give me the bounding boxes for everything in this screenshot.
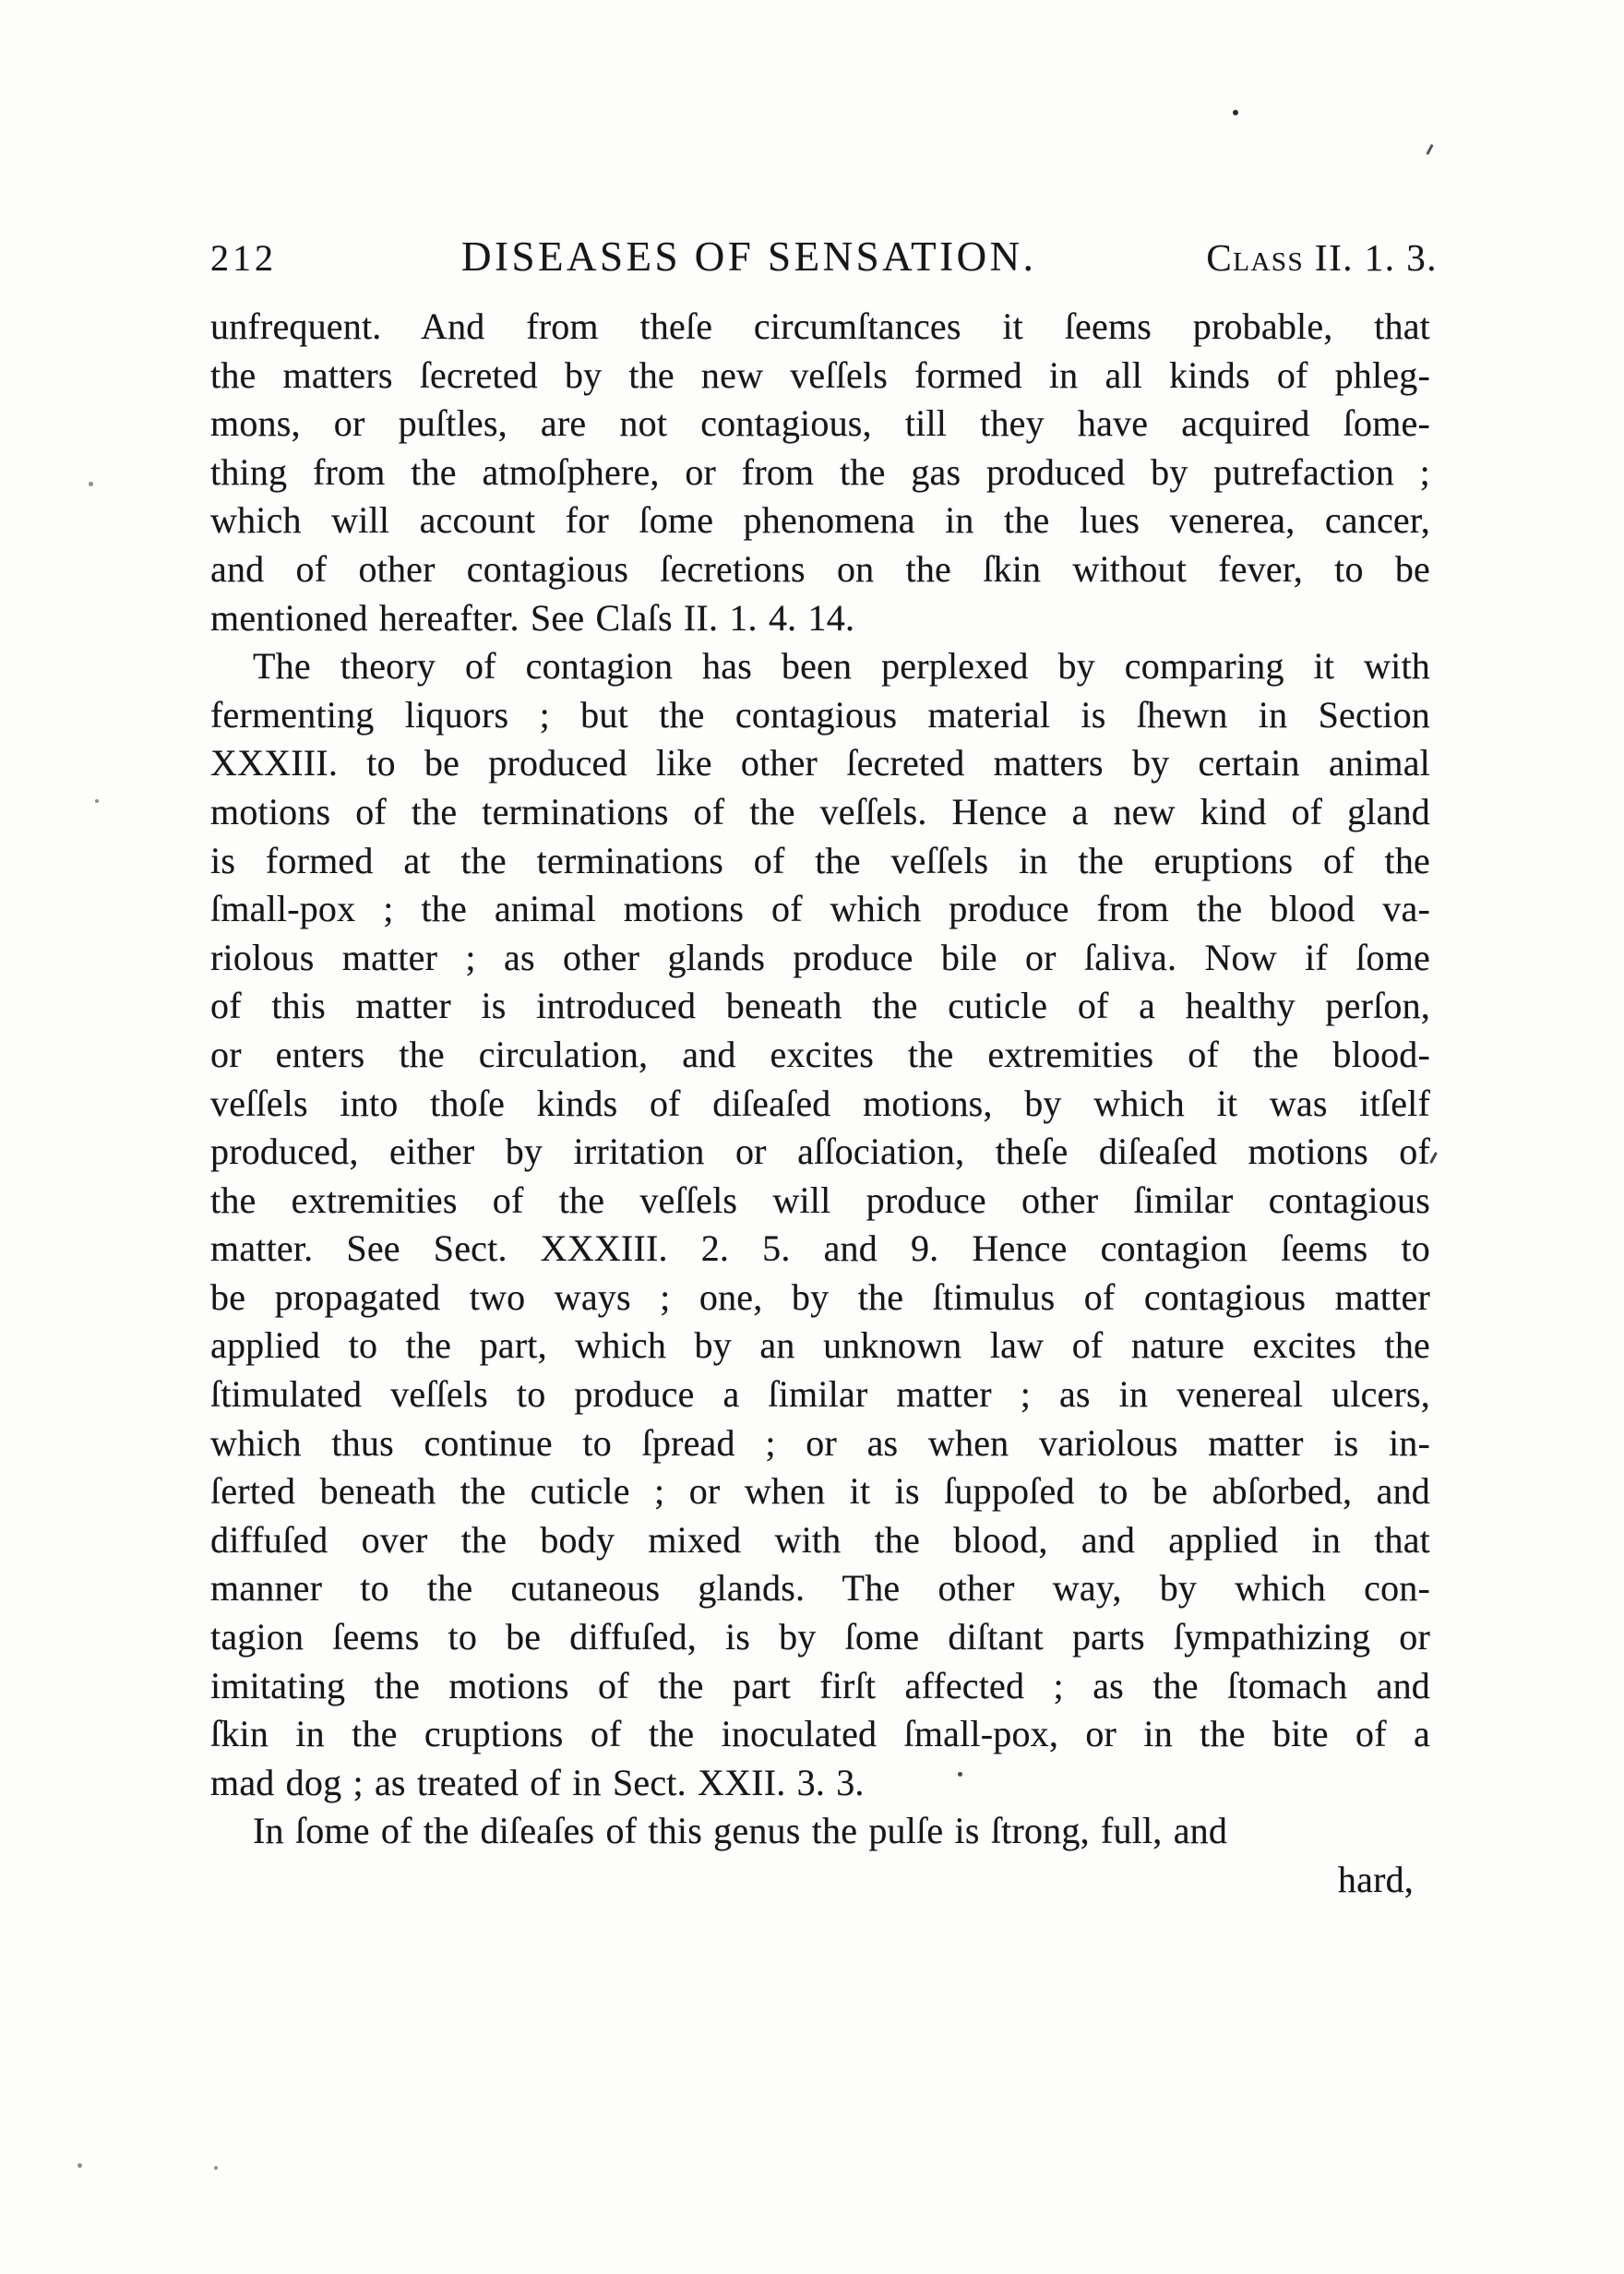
text-line: unfrequent. And from theſe circumſtances… xyxy=(210,303,1430,352)
text-line: ſmall-pox ; the animal motions of which … xyxy=(210,885,1430,934)
text-line: which thus continue to ſpread ; or as wh… xyxy=(210,1419,1430,1468)
book-page: 212 DISEASES OF SENSATION. Class II. 1. … xyxy=(0,0,1624,2274)
text-line: the matters ſecreted by the new veſſels … xyxy=(210,352,1430,401)
page-header: 212 DISEASES OF SENSATION. Class II. 1. … xyxy=(210,233,1438,281)
text-line: thing from the atmoſphere, or from the g… xyxy=(210,449,1430,497)
text-line: applied to the part, which by an unknown… xyxy=(210,1322,1430,1370)
ink-speck xyxy=(1233,110,1238,115)
text-line: ſkin in the cruptions of the inoculated … xyxy=(210,1710,1430,1759)
text-line: imitating the motions of the part firſt … xyxy=(210,1662,1430,1711)
text-line: of this matter is introduced beneath the… xyxy=(210,982,1430,1031)
text-line: XXXIII. to be produced like other ſecret… xyxy=(210,739,1430,788)
text-line: tagion ſeems to be diffuſed, is by ſome … xyxy=(210,1613,1430,1662)
text-line: mons, or puſtles, are not contagious, ti… xyxy=(210,400,1430,449)
text-line: and of other contagious ſecretions on th… xyxy=(210,545,1430,594)
text-line: the extremities of the veſſels will prod… xyxy=(210,1177,1430,1226)
text-line: veſſels into thoſe kinds of diſeaſed mot… xyxy=(210,1080,1430,1129)
text-line: be propagated two ways ; one, by the ſti… xyxy=(210,1274,1430,1323)
ink-speck xyxy=(78,2163,82,2168)
body-text: unfrequent. And from theſe circumſtances… xyxy=(210,303,1430,1905)
text-line: which will account for ſome phenomena in… xyxy=(210,497,1430,545)
text-line: matter. See Sect. XXXIII. 2. 5. and 9. H… xyxy=(210,1225,1430,1274)
text-line: motions of the terminations of the veſſe… xyxy=(210,788,1430,837)
text-line: fermenting liquors ; but the contagious … xyxy=(210,691,1430,740)
ink-speck xyxy=(1429,1152,1438,1164)
text-line: is formed at the terminations of the veſ… xyxy=(210,837,1430,886)
ink-speck xyxy=(1426,144,1433,155)
text-line: riolous matter ; as other glands produce… xyxy=(210,934,1430,983)
text-line: manner to the cutaneous glands. The othe… xyxy=(210,1564,1430,1613)
running-title: DISEASES OF SENSATION. xyxy=(365,233,1036,281)
text-line: In ſome of the diſeaſes of this genus th… xyxy=(210,1807,1430,1856)
text-line: mentioned hereafter. See Claſs II. 1. 4.… xyxy=(210,594,1430,643)
text-line: The theory of contagion has been perplex… xyxy=(210,642,1430,691)
text-line: ſtimulated veſſels to produce a ſimilar … xyxy=(210,1370,1430,1419)
catchword: hard, xyxy=(210,1856,1430,1905)
text-line: mad dog ; as treated of in Sect. XXII. 3… xyxy=(210,1759,1430,1808)
text-line: produced, either by irritation or aſſoci… xyxy=(210,1128,1430,1177)
text-line: diffuſed over the body mixed with the bl… xyxy=(210,1516,1430,1565)
ink-speck xyxy=(214,2166,218,2170)
text-line: or enters the circulation, and excites t… xyxy=(210,1031,1430,1080)
text-line: ſerted beneath the cuticle ; or when it … xyxy=(210,1467,1430,1516)
ink-speck xyxy=(958,1772,962,1777)
ink-speck xyxy=(95,799,99,803)
page-number: 212 xyxy=(210,236,277,280)
ink-speck xyxy=(89,482,93,486)
class-reference: Class II. 1. 3. xyxy=(1206,235,1438,280)
